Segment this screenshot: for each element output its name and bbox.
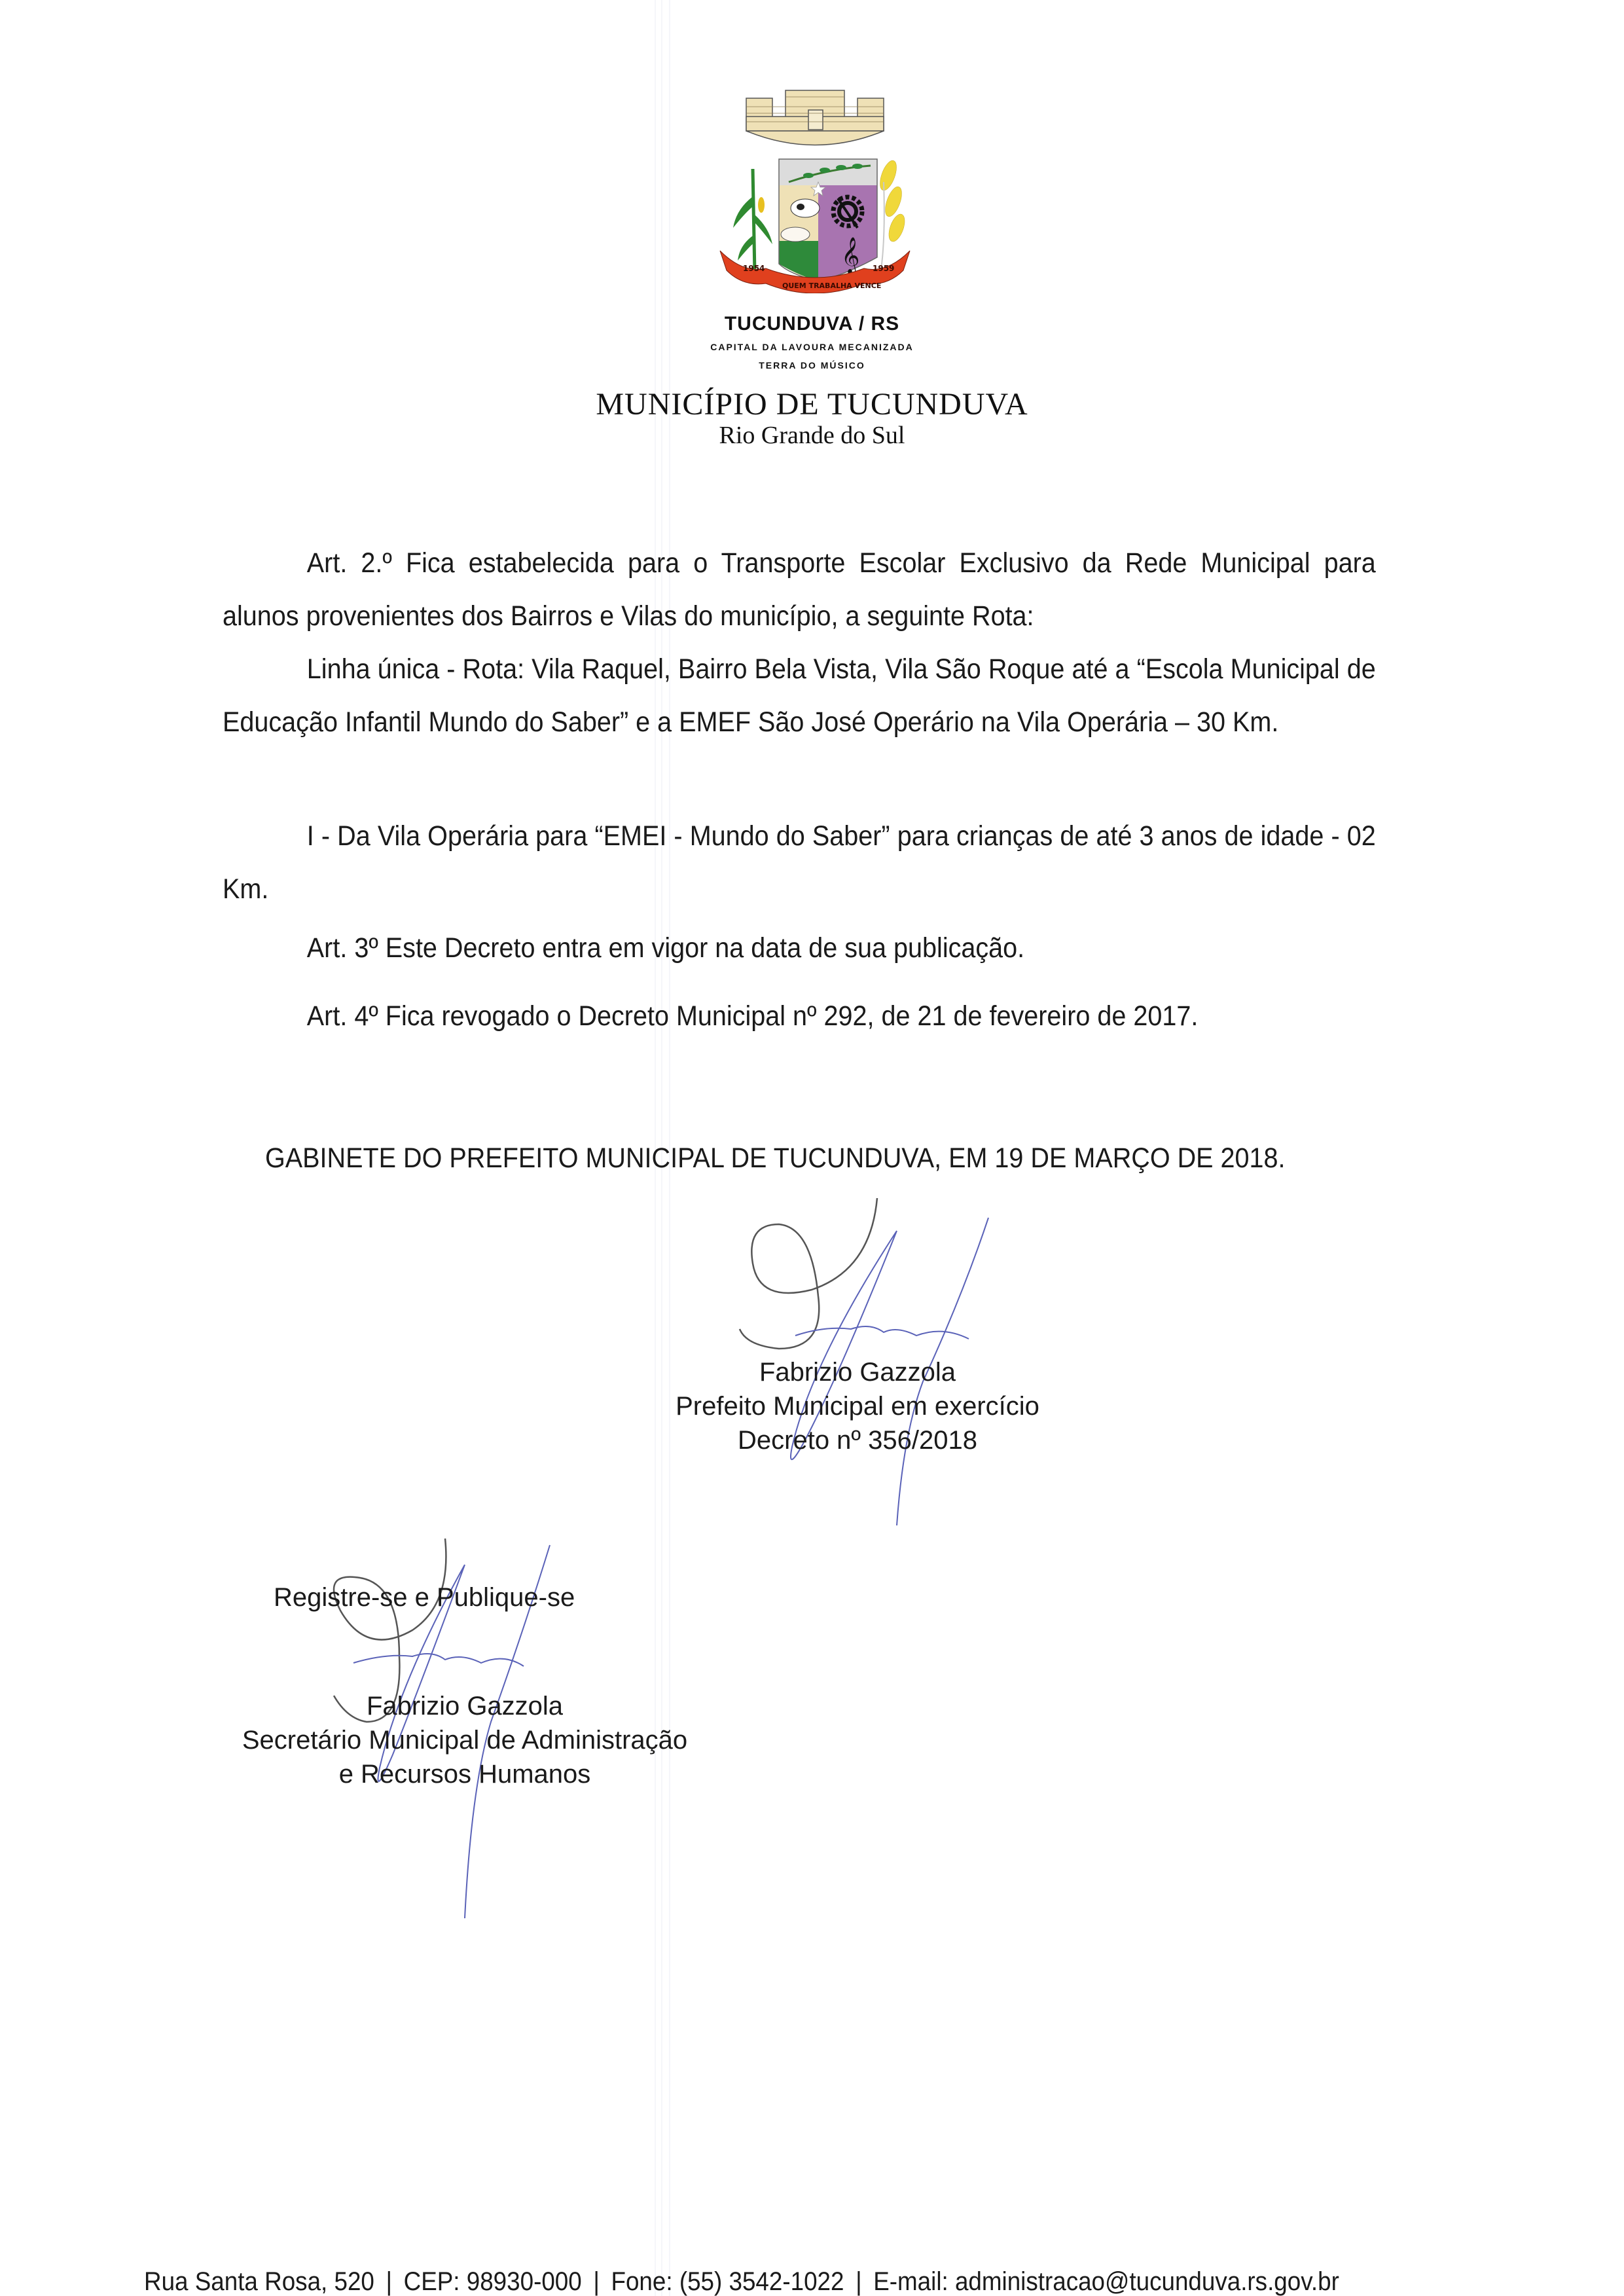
footer-contact: Rua Santa Rosa, 520 | CEP: 98930-000 | F…: [144, 2267, 1339, 2296]
footer-separator: |: [386, 2267, 392, 2296]
route-single-line-text: Linha única - Rota: Vila Raquel, Bairro …: [223, 643, 1376, 749]
document-page: 𝄞 1954 QUEM TRABALHA VENCE 1959 TUCUNDUV…: [0, 0, 1624, 2296]
route-single-line: Linha única - Rota: Vila Raquel, Bairro …: [223, 643, 1376, 749]
footer-address: Rua Santa Rosa, 520: [144, 2267, 374, 2296]
mayor-title: Prefeito Municipal em exercício: [628, 1389, 1087, 1423]
city-state-label: TUCUNDUVA / RS: [0, 313, 1624, 335]
svg-text:1954: 1954: [743, 264, 765, 273]
svg-text:1959: 1959: [873, 264, 894, 273]
svg-text:QUEM TRABALHA VENCE: QUEM TRABALHA VENCE: [782, 282, 881, 290]
footer-cep: CEP: 98930-000: [404, 2267, 582, 2296]
footer-phone: Fone: (55) 3542-1022: [611, 2267, 844, 2296]
article-3-text: Art. 3º Este Decreto entra em vigor na d…: [223, 922, 1376, 975]
article-2: Art. 2.º Fica estabelecida para o Transp…: [223, 537, 1376, 643]
mayor-signature-block: Fabrizio Gazzola Prefeito Municipal em e…: [628, 1355, 1087, 1457]
register-publish-note: Registre-se e Publique-se: [274, 1583, 575, 1613]
secretary-title-line-2: e Recursos Humanos: [209, 1757, 720, 1791]
coat-of-arms-icon: 𝄞 1954 QUEM TRABALHA VENCE 1959: [717, 77, 913, 293]
footer-separator: |: [856, 2267, 862, 2296]
municipality-title: MUNICÍPIO DE TUCUNDUVA: [0, 386, 1624, 422]
item-i-text: I - Da Vila Operária para “EMEI - Mundo …: [223, 810, 1376, 916]
secretary-title-line-1: Secretário Municipal de Administração: [209, 1723, 720, 1757]
article-3: Art. 3º Este Decreto entra em vigor na d…: [223, 922, 1376, 975]
state-subtitle: Rio Grande do Sul: [0, 421, 1624, 450]
svg-text:𝄞: 𝄞: [841, 237, 859, 275]
article-2-text: Art. 2.º Fica estabelecida para o Transp…: [223, 537, 1376, 643]
motto-line-2: TERRA DO MÚSICO: [0, 360, 1624, 371]
article-4: Art. 4º Fica revogado o Decreto Municipa…: [223, 990, 1376, 1043]
mayor-decree: Decreto nº 356/2018: [628, 1423, 1087, 1457]
motto-line-1: CAPITAL DA LAVOURA MECANIZADA: [0, 342, 1624, 352]
item-i: I - Da Vila Operária para “EMEI - Mundo …: [223, 810, 1376, 916]
secretary-name: Fabrizio Gazzola: [209, 1689, 720, 1723]
secretary-signature-block: Fabrizio Gazzola Secretário Municipal de…: [209, 1689, 720, 1791]
footer-separator: |: [593, 2267, 600, 2296]
closing-line: GABINETE DO PREFEITO MUNICIPAL DE TUCUND…: [265, 1142, 1286, 1175]
footer-email[interactable]: E-mail: administracao@tucunduva.rs.gov.b…: [873, 2267, 1339, 2296]
mayor-name: Fabrizio Gazzola: [628, 1355, 1087, 1389]
article-4-text: Art. 4º Fica revogado o Decreto Municipa…: [223, 990, 1376, 1043]
